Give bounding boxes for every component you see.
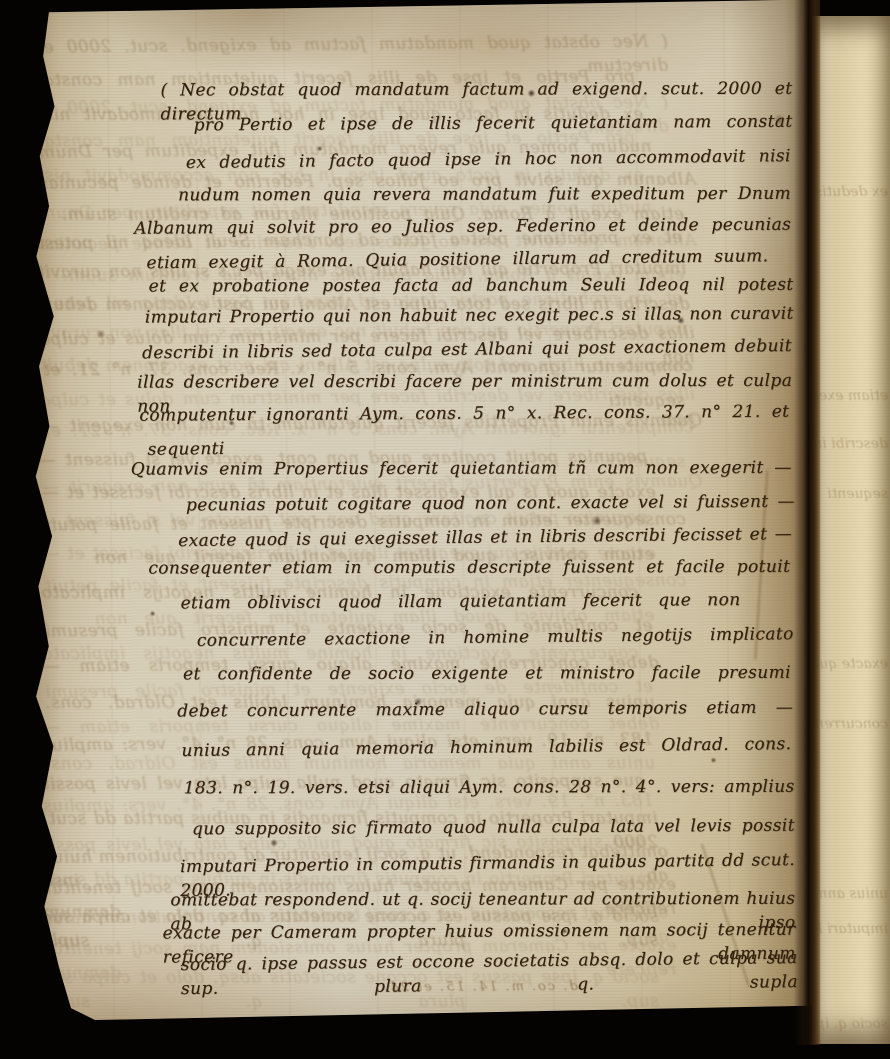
manuscript-line: Quamvis enim Propertius fecerit quietant… (131, 456, 792, 482)
manuscript-line: et ex probatione postea facta ad banchum… (149, 273, 794, 299)
manuscript-line: quo supposito sic firmato quod nulla cul… (192, 814, 795, 842)
adjacent-page-fragment: etiam exegit à Roma. Quia positione illa… (814, 388, 888, 404)
manuscript-line: unius anni quia memoria hominum labilis … (181, 732, 791, 763)
manuscript-line: etiam exegit à Roma. Quia positione illa… (146, 244, 768, 275)
manuscript-line: consequenter etiam in computis descripte… (148, 555, 790, 581)
adjacent-page-edge: ex dedutis in facto quod ipse in hoc non… (812, 16, 890, 1044)
adjacent-page-fragment: exacte quod is qui exegisset illas et in… (814, 656, 888, 672)
manuscript-line: concurrente exactione in homine multis n… (197, 622, 794, 653)
manuscript-line: Albanum qui solvit pro eo Julios sep. Fe… (134, 213, 791, 241)
manuscript-line: imputari Propertio qui non habuit nec ex… (145, 302, 794, 330)
manuscript-line: et confidente de socio exigente et minis… (183, 661, 791, 687)
adjacent-page-fragment: concurrente exactione in homine multis n… (814, 716, 888, 732)
adjacent-page-fragment: socio q. ipse passus est occone societat… (814, 1016, 888, 1032)
adjacent-page-fragment: describi in libris sed tota culpa est Al… (814, 436, 888, 452)
manuscript-page: ( Nec obstat quod mandatum factum ad exi… (19, 0, 815, 1028)
manuscript-line: etiam oblivisci quod illam quietantiam f… (180, 588, 740, 615)
manuscript-line: pecunias potuit cogitare quod non cont. … (186, 490, 795, 518)
adjacent-page-fragment: sequenti (814, 486, 888, 502)
manuscript-line: nudum nomen quia revera mandatum fuit ex… (178, 182, 791, 208)
manuscript-line: debet concurrente maxime aliquo cursu te… (177, 696, 793, 724)
adjacent-page-ghost-text: ex dedutis in facto quod ipse in hoc non… (812, 16, 890, 1044)
adjacent-page-fragment: ex dedutis in facto quod ipse in hoc non… (814, 184, 888, 200)
manuscript-line: ex dedutis in facto quod ipse in hoc non… (186, 144, 791, 175)
adjacent-page-fragment: unius anni quia memoria hominum labilis … (814, 886, 888, 902)
manuscript-photo: ( Nec obstat quod mandatum factum ad exi… (0, 0, 890, 1059)
manuscript-line: pro Pertio et ipse de illis fecerit quie… (194, 110, 793, 138)
manuscript-line: describi in libris sed tota culpa est Al… (142, 334, 792, 365)
manuscript-line: computentur ignoranti Aym. cons. 5 n° x.… (139, 400, 789, 428)
showthrough-fragment: d. co. m. 14. 15. et 24. (355, 979, 605, 996)
adjacent-page-fragment: imputari Propertio in computis firmandis… (814, 921, 888, 937)
manuscript-line: exacte quod is qui exegisset illas et in… (178, 522, 792, 553)
manuscript-line: 183. n°. 19. vers. etsi aliqui Aym. cons… (184, 775, 795, 801)
binding-gutter (794, 0, 820, 1045)
manuscript-text: ( Nec obstat quod mandatum factum ad exi… (19, 0, 815, 1028)
